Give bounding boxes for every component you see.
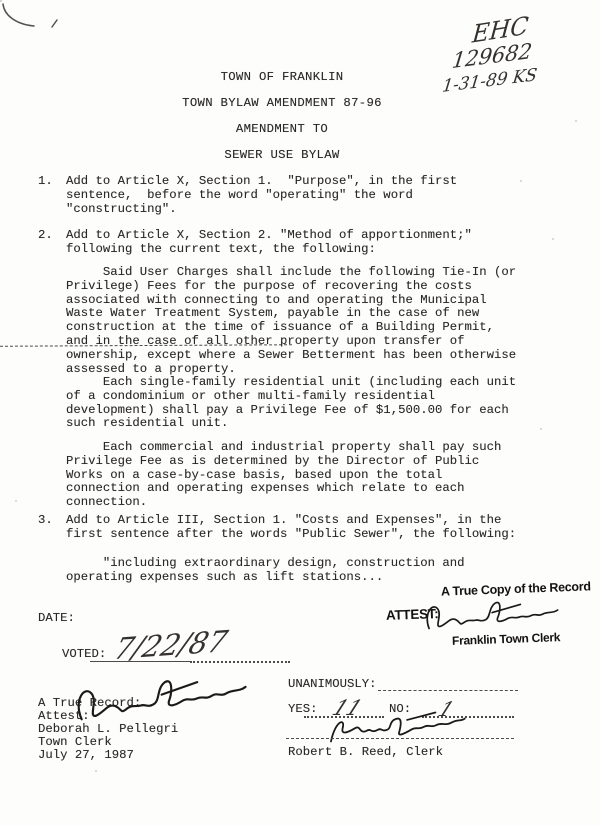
- scan-speckles: [0, 0, 2, 2]
- doc-subtitle-2: SEWER USE BYLAW: [0, 148, 564, 162]
- date-label: DATE:: [38, 612, 75, 626]
- unanimously-line: [378, 690, 518, 691]
- doc-subtitle-1: AMENDMENT TO: [0, 122, 564, 136]
- voted-date-handwritten: 7/22/87: [111, 624, 231, 666]
- item-2-text: Add to Article X, Section 2. "Method of …: [66, 229, 472, 257]
- doc-org-title: TOWN OF FRANKLIN: [0, 70, 564, 84]
- voted-label: VOTED:: [62, 648, 106, 662]
- quote-lift-stations: "including extraordinary design, constru…: [66, 557, 464, 585]
- paragraph-commercial-fee: Each commercial and industrial property …: [66, 441, 501, 510]
- paragraph-residential-fee: Each single-family residential unit (inc…: [66, 376, 516, 431]
- item-2-number: 2.: [38, 229, 53, 243]
- pen-tick-mark: [50, 18, 64, 30]
- pen-mark-left-curve: [0, 0, 40, 30]
- unanimously-label: UNANIMOUSLY:: [288, 678, 377, 692]
- pellegri-signature: [60, 662, 263, 736]
- yes-label: YES:: [288, 703, 318, 717]
- doc-amendment-title: TOWN BYLAW AMENDMENT 87-96: [0, 96, 564, 110]
- document-page: EHC 129682 1-31-89 KS TOWN OF FRANKLIN T…: [0, 0, 600, 826]
- item-1-text: Add to Article X, Section 1. "Purpose", …: [66, 175, 457, 216]
- reed-clerk-line: Robert B. Reed, Clerk: [288, 746, 443, 760]
- stamp-clerk-line: Franklin Town Clerk: [452, 630, 561, 648]
- item-3-text: Add to Article III, Section 1. "Costs an…: [66, 514, 516, 542]
- reed-signature-line: [286, 738, 514, 739]
- item-3-number: 3.: [38, 514, 53, 528]
- attest-date: July 27, 1987: [38, 749, 134, 763]
- item-1-number: 1.: [38, 175, 53, 189]
- paragraph-tie-in-fees: Said User Charges shall include the foll…: [66, 266, 516, 376]
